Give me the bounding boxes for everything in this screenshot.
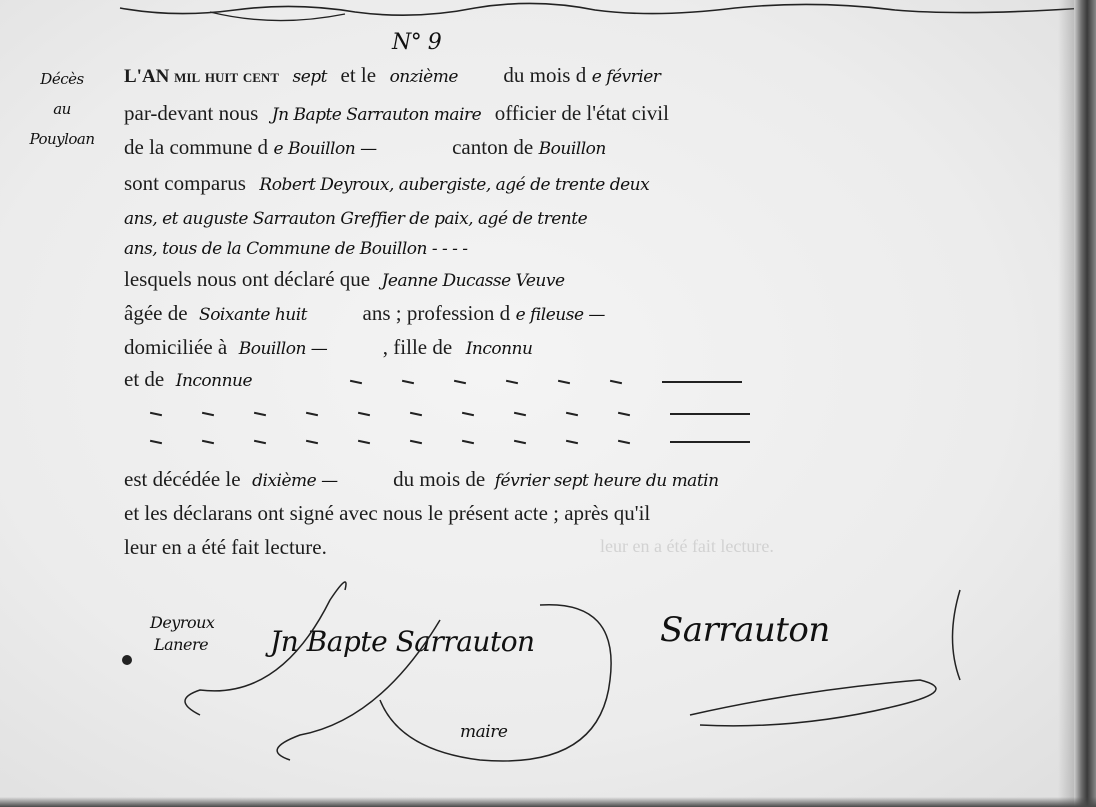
page-bottom-edge: [0, 797, 1096, 807]
signature-flourishes: [0, 0, 1096, 807]
document-page: N° 9 Décès au Pouyloan L'AN mil huit cen…: [0, 0, 1096, 807]
page-shadow: [1058, 0, 1074, 807]
binding-edge: [1074, 0, 1096, 807]
